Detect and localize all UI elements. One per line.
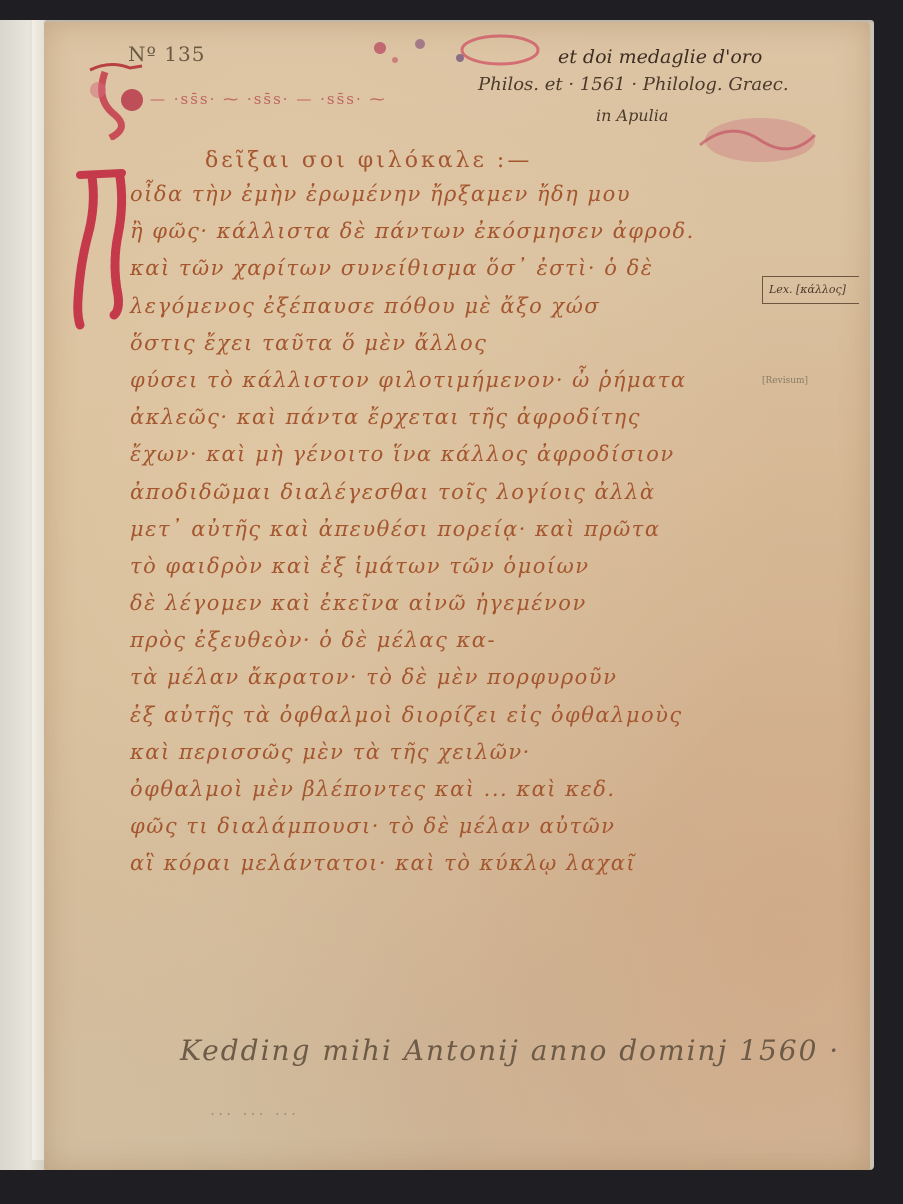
text-line: ἀκλεῶς· καὶ πάντα ἔρχεται τῆς ἀφροδίτης	[130, 399, 830, 436]
margin-note-pencil: [Revisum]	[762, 376, 808, 386]
colophon-faded-line: ... ... ...	[210, 1100, 299, 1119]
ornament-right-icon	[690, 110, 820, 170]
margin-note-boxed: Lex. [κάλλος]	[762, 276, 859, 304]
text-line: μετ᾿ αὐτῆς καὶ ἀπευθέσι πορείᾳ· καὶ πρῶτ…	[130, 511, 830, 548]
text-line: ὅστις ἔχει ταῦτα ὅ μὲν ἄλλος	[130, 325, 830, 362]
text-line: ἢ φῶς· κάλλιστα δὲ πάντων ἐκόσμησεν ἀφρο…	[130, 213, 830, 250]
main-text-block: οἶδα τὴν ἐμὴν ἐρωμένην ἤρξαμεν ἤδη μου ἢ…	[130, 176, 830, 883]
headpiece-ornament-icon	[80, 60, 150, 140]
text-line: οἶδα τὴν ἐμὴν ἐρωμένην ἤρξαμεν ἤδη μου	[130, 176, 830, 213]
text-line: πρὸς ἐξευθεὸν· ὁ δὲ μέλας κα-	[130, 622, 830, 659]
text-line: τὸ φαιδρὸν καὶ ἐξ ἱμάτων τῶν ὁμοίων	[130, 548, 830, 585]
text-line: αἳ κόραι μελάντατοι· καὶ τὸ κύκλῳ λαχαῖ	[130, 845, 830, 882]
headpiece-band: — ·ss̄s· ⁓ ·ss̄s· — ·ss̄s· ⁓	[150, 90, 620, 130]
shelfmark: Nº 135	[128, 42, 205, 66]
top-note-place: in Apulia	[596, 106, 668, 125]
ornament-top-icon	[360, 30, 550, 70]
text-line: ὀφθαλμοὶ μὲν βλέποντες καὶ ... καὶ κεδ.	[130, 771, 830, 808]
text-line: λεγόμενος ἐξέπαυσε πόθου μὲ ἄξο χώσ	[130, 288, 830, 325]
decorated-initial-icon	[62, 165, 132, 335]
text-line: δὲ λέγομεν καὶ ἐκεῖνα αἰνῶ ἠγεμένον	[130, 585, 830, 622]
top-note-date: Philos. et · 1561 · Philolog. Graec.	[478, 74, 789, 95]
top-note-latin: et doi medaglie d'oro	[558, 46, 762, 68]
text-line: καὶ περισσῶς μὲν τὰ τῆς χειλῶν·	[130, 734, 830, 771]
text-line: ἐξ αὐτῆς τὰ ὀφθαλμοὶ διορίζει εἰς ὀφθαλμ…	[130, 697, 830, 734]
text-line: φύσει τὸ κάλλιστον φιλοτιμήμενον· ὦ ῥήμα…	[130, 362, 830, 399]
background-bottom	[0, 1172, 903, 1204]
text-line: φῶς τι διαλάμπουσι· τὸ δὲ μέλαν αὐτῶν	[130, 808, 830, 845]
text-line: καὶ τῶν χαρίτων συνείθισμα ὅσ᾿ ἐστὶ· ὁ δ…	[130, 250, 830, 287]
text-line: τὰ μέλαν ἄκρατον· τὸ δὲ μὲν πορφυροῦν	[130, 659, 830, 696]
text-line: ἀποδιδῶμαι διαλέγεσθαι τοῖς λογίοις ἀλλὰ	[130, 474, 830, 511]
text-line: ἔχων· καὶ μὴ γένοιτο ἵνα κάλλος ἀφροδίσι…	[130, 436, 830, 473]
title-line: δεῖξαι σοι φιλόκαλε :—	[205, 148, 532, 173]
colophon-note: Kedding mihi Antonij anno dominj 1560 ·	[180, 1034, 840, 1067]
